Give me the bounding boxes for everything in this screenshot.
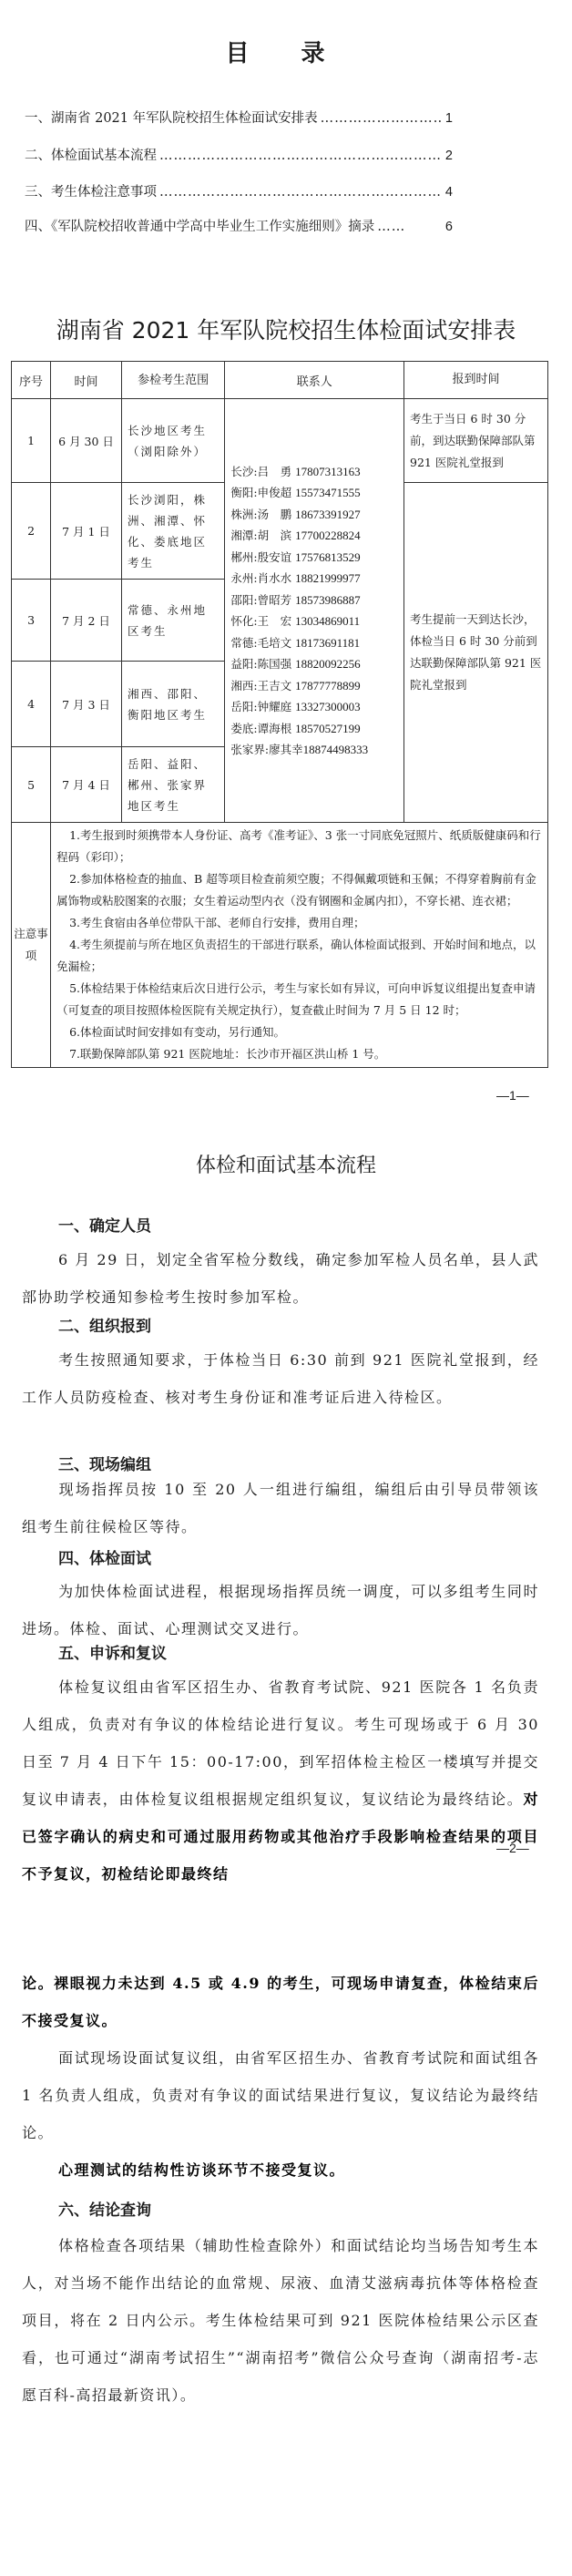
- section-heading: 六、结论查询: [58, 2197, 151, 2220]
- row-range: 湘西、邵阳、衡阳地区考生: [121, 662, 224, 747]
- section-text: 为加快体检面试进程，根据现场指挥员统一调度，可以多组考生同时进场。体检、面试、心…: [22, 1573, 539, 1647]
- phone-number: 18570527199: [295, 722, 361, 735]
- psych-note: 心理测试的结构性访谈环节不接受复议。: [22, 2151, 539, 2189]
- toc-item-page: 4: [445, 185, 453, 200]
- toc-item[interactable]: 一、湖南省 2021 年军队院校招生体检面试安排表 ………………………………………: [25, 108, 453, 127]
- toc-item-page: 1: [445, 111, 453, 126]
- note-item: 6.体检面试时间安排如有变动，另行通知。: [56, 1021, 542, 1043]
- page-number: —1—: [496, 1088, 529, 1103]
- contact-entry: 娄底:谭海根 18570527199: [230, 718, 398, 740]
- phone-number: 17576813529: [295, 550, 361, 564]
- interview-review-text: 面试现场设面试复议组，由省军区招生办、省教育考试院和面试组各 1 名负责人组成，…: [22, 2039, 539, 2151]
- row-no: 4: [12, 662, 51, 747]
- phone-number: 17700228824: [295, 529, 361, 542]
- section-text: 6 月 29 日，划定全省军检分数线，确定参加军检人员名单，县人武部协助学校通知…: [22, 1241, 539, 1316]
- section-heading: 四、体检面试: [58, 1545, 151, 1568]
- report-time-day1: 考生于当日 6 时 30 分前，到达联勤保障部队第 921 医院礼堂报到: [404, 399, 548, 483]
- page-number: —2—: [496, 1841, 529, 1855]
- notes-cell: 1.考生报到时须携带本人身份证、高考《准考证》、3 张一寸同底免冠照片、纸质版健…: [51, 823, 548, 1068]
- col-header-date: 时间: [51, 362, 122, 399]
- report-time-others: 考生提前一天到达长沙，体检当日 6 时 30 分前到达联勤保障部队第 921 医…: [404, 483, 548, 823]
- contact-entry: 株洲:汤 鹏 18673391927: [230, 504, 398, 526]
- phone-number: 13327300003: [295, 700, 361, 713]
- toc-title: 目 录: [0, 35, 572, 68]
- col-header-range: 参检考生范围: [121, 362, 224, 399]
- phone-number: 13034869011: [295, 614, 360, 628]
- phone-number: 18820092256: [295, 657, 361, 671]
- schedule-title: 湖南省 2021 年军队院校招生体检面试安排表: [0, 313, 572, 345]
- contact-entry: 湘西:王吉文 17877778899: [230, 675, 398, 697]
- row-no: 3: [12, 580, 51, 662]
- notes-label: 注意事项: [12, 823, 51, 1068]
- row-date: 7 月 2 日: [51, 580, 122, 662]
- phone-number: 18821999977: [295, 571, 361, 585]
- contacts-cell: 长沙:吕 勇 17807313163 衡阳:申俊超 15573471555 株洲…: [225, 399, 404, 823]
- contact-entry: 衡阳:申俊超 15573471555: [230, 482, 398, 504]
- row-range: 常德、永州地区考生: [121, 580, 224, 662]
- section-heading: 五、申诉和复议: [58, 1640, 167, 1663]
- row-no: 2: [12, 483, 51, 580]
- row-no: 1: [12, 399, 51, 483]
- row-date: 7 月 1 日: [51, 483, 122, 580]
- col-header-contact: 联系人: [225, 362, 404, 399]
- note-item: 4.考生须提前与所在地区负责招生的干部进行联系，确认体检面试报到、开始时间和地点…: [56, 934, 542, 978]
- row-date: 7 月 3 日: [51, 662, 122, 747]
- col-header-report: 报到时间: [404, 362, 548, 399]
- contact-entry: 张家界:廖其幸18874498333: [230, 739, 398, 761]
- table-header-row: 序号 时间 参检考生范围 联系人 报到时间: [12, 362, 548, 399]
- section-text: 考生按照通知要求，于体检当日 6:30 前到 921 医院礼堂报到，经工作人员防…: [22, 1341, 539, 1416]
- results-text: 体格检查各项结果（辅助性检查除外）和面试结论均当场告知考生本人，对当场不能作出结…: [22, 2227, 539, 2414]
- toc-item[interactable]: 三、考生体检注意事项 ………………………………………………………………………………: [25, 181, 453, 200]
- phone-number: 18173691181: [295, 636, 360, 650]
- phone-number: 15573471555: [295, 486, 361, 499]
- row-date: 6 月 30 日: [51, 399, 122, 483]
- row-no: 5: [12, 747, 51, 823]
- note-item: 5.体检结果于体检结束后次日进行公示，考生与家长如有异议，可向申诉复议组提出复查…: [56, 978, 542, 1021]
- row-range: 长沙浏阳，株洲、湘潭、怀化、娄底地区考生: [121, 483, 224, 580]
- phone-number: 18673391927: [295, 508, 361, 521]
- contact-entry: 郴州:殷安谊 17576813529: [230, 547, 398, 569]
- contact-entry: 湘潭:胡 滨 17700228824: [230, 525, 398, 547]
- phone-number: 17877778899: [295, 679, 361, 693]
- process-title: 体检和面试基本流程: [0, 1150, 572, 1178]
- contact-entry: 怀化:王 宏 13034869011: [230, 611, 398, 632]
- section-text: 体检复议组由省军区招生办、省教育考试院、921 医院各 1 名负责人组成，负责对…: [22, 1668, 539, 1893]
- toc-item-label: 二、体检面试基本流程: [25, 145, 157, 164]
- section-heading: 二、组织报到: [58, 1313, 151, 1336]
- note-item: 3.考生食宿由各单位带队干部、老师自行安排，费用自理；: [56, 912, 542, 934]
- table-row: 1 6 月 30 日 长沙地区考生（浏阳除外） 长沙:吕 勇 178073131…: [12, 399, 548, 483]
- note-item: 1.考生报到时须携带本人身份证、高考《准考证》、3 张一寸同底免冠照片、纸质版健…: [56, 825, 542, 868]
- bold-continuation: 论。裸眼视力未达到 4.5 或 4.9 的考生，可现场申请复查，体检结束后不接受…: [22, 1965, 539, 2039]
- toc-item-page: 2: [445, 149, 453, 163]
- toc-item-page: 6: [445, 220, 453, 234]
- toc-leader-dots: …………………………………………………………: [321, 111, 443, 126]
- contact-entry: 益阳:陈国强 18820092256: [230, 653, 398, 675]
- contact-entry: 邵阳:曾昭芳 18573986887: [230, 590, 398, 611]
- toc-item-label: 一、湖南省 2021 年军队院校招生体检面试安排表: [25, 108, 318, 127]
- section-text: 现场指挥员按 10 至 20 人一组进行编组，编组后由引导员带领该组考生前往候检…: [22, 1471, 539, 1545]
- contact-entry: 长沙:吕 勇 17807313163: [230, 461, 398, 483]
- phone-number: 18874498333: [303, 743, 369, 756]
- phone-number: 18573986887: [295, 593, 361, 607]
- row-date: 7 月 4 日: [51, 747, 122, 823]
- toc-item-label: 四、《军队院校招收普通中学高中毕业生工作实施细则》摘录: [25, 216, 374, 235]
- phone-number: 17807313163: [295, 465, 361, 478]
- toc-leader-dots: …………………………………………………………………………………: [159, 149, 443, 163]
- note-item: 7.联勤保障部队第 921 医院地址：长沙市开福区洪山桥 1 号。: [56, 1043, 542, 1065]
- contact-entry: 岳阳:钟耀庭 13327300003: [230, 696, 398, 718]
- toc-item[interactable]: 二、体检面试基本流程 ………………………………………………………………………………: [25, 145, 453, 164]
- toc-leader-dots: ……: [377, 220, 443, 234]
- contact-entry: 常德:毛培文 18173691181: [230, 632, 398, 654]
- toc-item-label: 三、考生体检注意事项: [25, 181, 157, 200]
- row-range: 长沙地区考生（浏阳除外）: [121, 399, 224, 483]
- contact-entry: 永州:肖水水 18821999977: [230, 568, 398, 590]
- notes-row: 注意事项 1.考生报到时须携带本人身份证、高考《准考证》、3 张一寸同底免冠照片…: [12, 823, 548, 1068]
- note-item: 2.参加体格检查的抽血、B 超等项目检查前须空腹；不得佩戴项链和玉佩；不得穿着胸…: [56, 868, 542, 912]
- section-heading: 一、确定人员: [58, 1213, 151, 1236]
- toc-leader-dots: …………………………………………………………………………………: [159, 185, 443, 200]
- schedule-table: 序号 时间 参检考生范围 联系人 报到时间 1 6 月 30 日 长沙地区考生（…: [11, 361, 548, 1068]
- row-range: 岳阳、益阳、郴州、张家界地区考生: [121, 747, 224, 823]
- col-header-no: 序号: [12, 362, 51, 399]
- toc-item[interactable]: 四、《军队院校招收普通中学高中毕业生工作实施细则》摘录 …… 6: [25, 216, 453, 235]
